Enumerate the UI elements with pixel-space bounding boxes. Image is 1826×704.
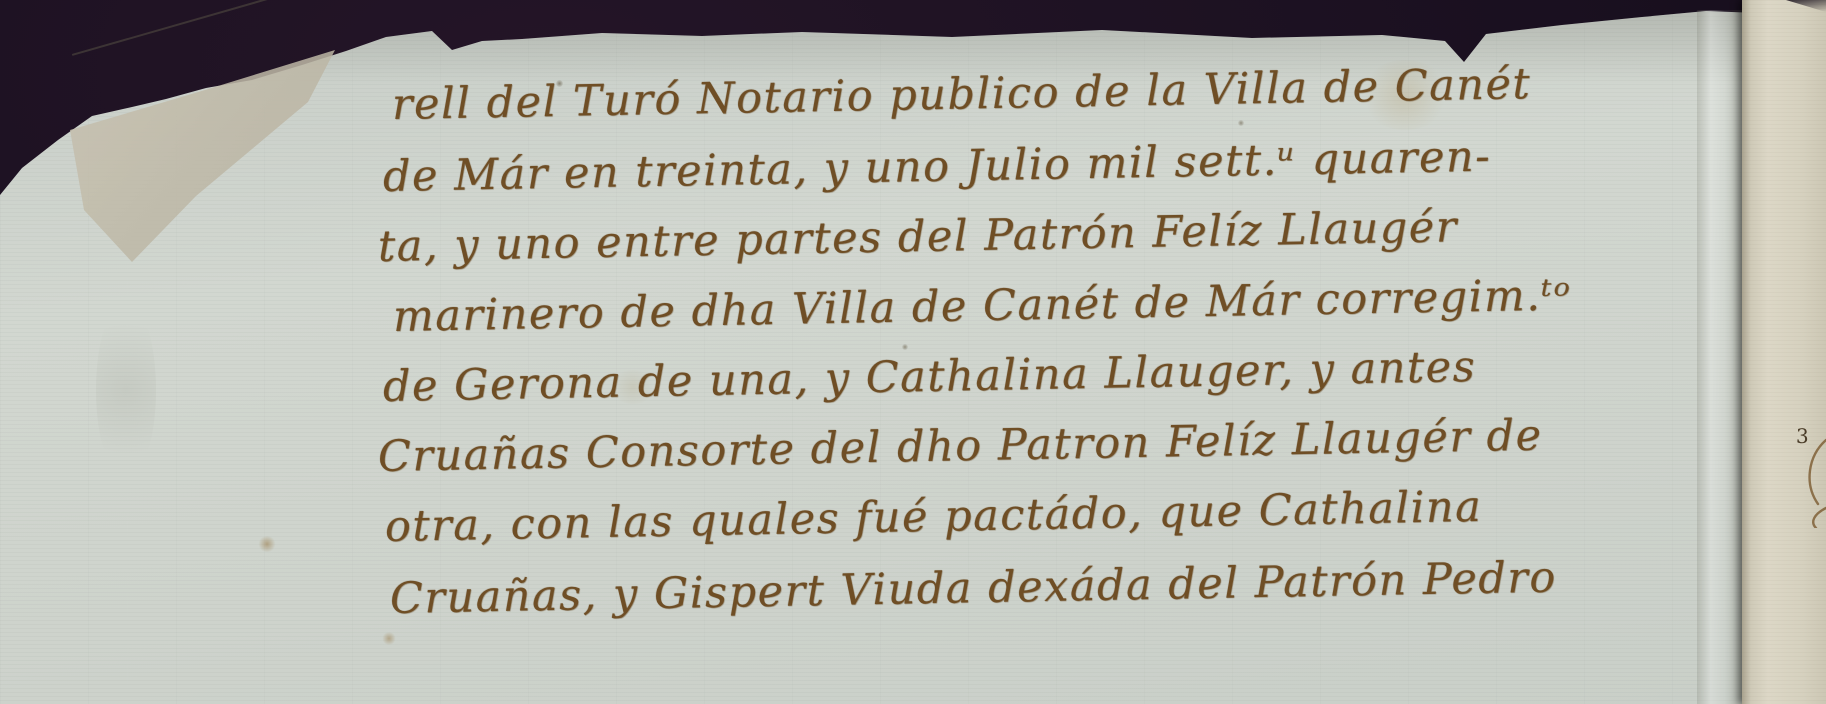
pen-stroke-mark bbox=[1802, 438, 1826, 528]
manuscript-line: de Már en treinta, y uno Julio mil sett.… bbox=[383, 132, 1492, 202]
manuscript-line: de Gerona de una, y Cathalina Llauger, y… bbox=[383, 342, 1477, 412]
handwritten-text: rell del Turó Notario publico de la Vill… bbox=[0, 0, 1757, 704]
manuscript-line: Cruañas, y Gispert Viuda dexáda del Patr… bbox=[390, 553, 1558, 624]
manuscript-line: ta, y uno entre partes del Patrón Felíz … bbox=[378, 202, 1459, 272]
manuscript-line: marinero de dha Villa de Canét de Már co… bbox=[393, 270, 1572, 342]
manuscript-line: rell del Turó Notario publico de la Vill… bbox=[392, 59, 1532, 130]
manuscript-scan: rell del Turó Notario publico de la Vill… bbox=[0, 0, 1826, 704]
adjacent-page-edge bbox=[1742, 0, 1826, 704]
manuscript-line: Cruañas Consorte del dho Patron Felíz Ll… bbox=[378, 411, 1543, 482]
manuscript-line: otra, con las quales fué pactádo, que Ca… bbox=[385, 482, 1483, 552]
